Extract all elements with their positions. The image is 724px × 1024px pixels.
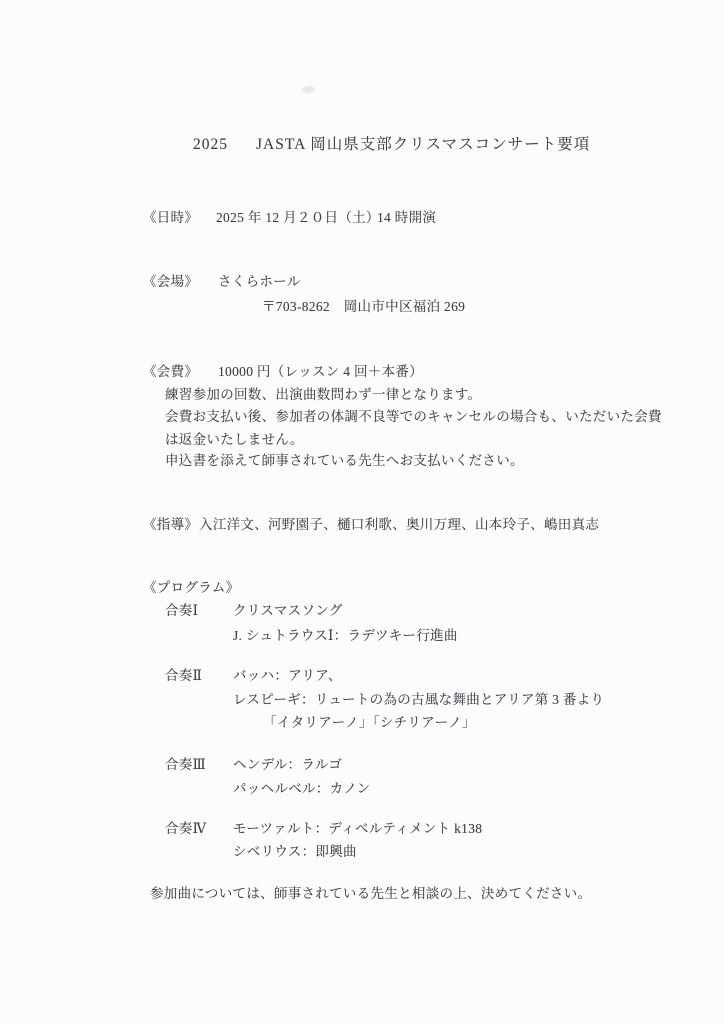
fee-label: 《会費》 [143,363,198,382]
program-item-number: 合奏Ⅱ [165,667,202,686]
fee-note-line: は返金いたしません。 [165,431,304,450]
program-item-piece: クリスマスソング [233,602,343,621]
program-item-piece: 「イタリアーノ」「シチリアーノ」 [263,714,476,733]
datetime-label: 《日時》 [143,209,198,228]
program-item-number: 合奏Ⅰ [165,602,198,621]
program-item-piece: モーツァルト：ディベルティメント k138 [233,820,482,839]
fee-note-line: 申込書を添えて師事されている先生へお支払いください。 [165,452,524,471]
program-item-piece: シベリウス：即興曲 [233,843,357,862]
fee-note-line: 会費お支払い後、参加者の体調不良等でのキャンセルの場合も、いただいた会費 [165,408,662,427]
datetime-time: 14 時開演 [377,209,436,228]
document-title: JASTA 岡山県支部クリスマスコンサート要項 [256,134,590,156]
venue-address: 〒703-8262 岡山市中区福泊 269 [262,298,465,317]
fee-note-line: 練習参加の回数、出演曲数問わず一律となります。 [165,386,481,405]
instructors-names: 入江洋文、河野園子、樋口利歌、奥川万理、山本玲子、嶋田真志 [199,516,599,535]
program-item-number: 合奏Ⅳ [165,820,206,839]
program-item-piece: パッヘルベル：カノン [233,780,370,799]
venue-label: 《会場》 [143,273,198,292]
fee-amount: 10000 円（レッスン 4 回＋本番） [218,363,423,382]
venue-name: さくらホール [218,273,301,292]
instructors-label: 《指導》 [143,516,198,535]
document-title-year: 2025 [193,134,228,156]
scan-smudge-artifact [299,85,316,97]
program-item-piece: ヘンデル：ラルゴ [233,756,342,775]
program-item-piece: レスピーギ：リュートの為の古風な舞曲とアリア第 3 番より [233,691,604,710]
datetime-date: 2025 年 12 月２０日（土） [216,209,380,228]
program-item-number: 合奏Ⅲ [165,756,206,775]
program-item-piece: バッハ：アリア、 [233,667,342,686]
footer-note: 参加曲については、師事されている先生と相談の上、決めてください。 [150,885,591,904]
program-item-piece: J. シュトラウスⅠ：ラデツキー行進曲 [233,627,458,646]
scanned-document-page: 2025 JASTA 岡山県支部クリスマスコンサート要項 《日時》 2025 年… [0,0,724,1024]
program-label: 《プログラム》 [143,579,239,598]
